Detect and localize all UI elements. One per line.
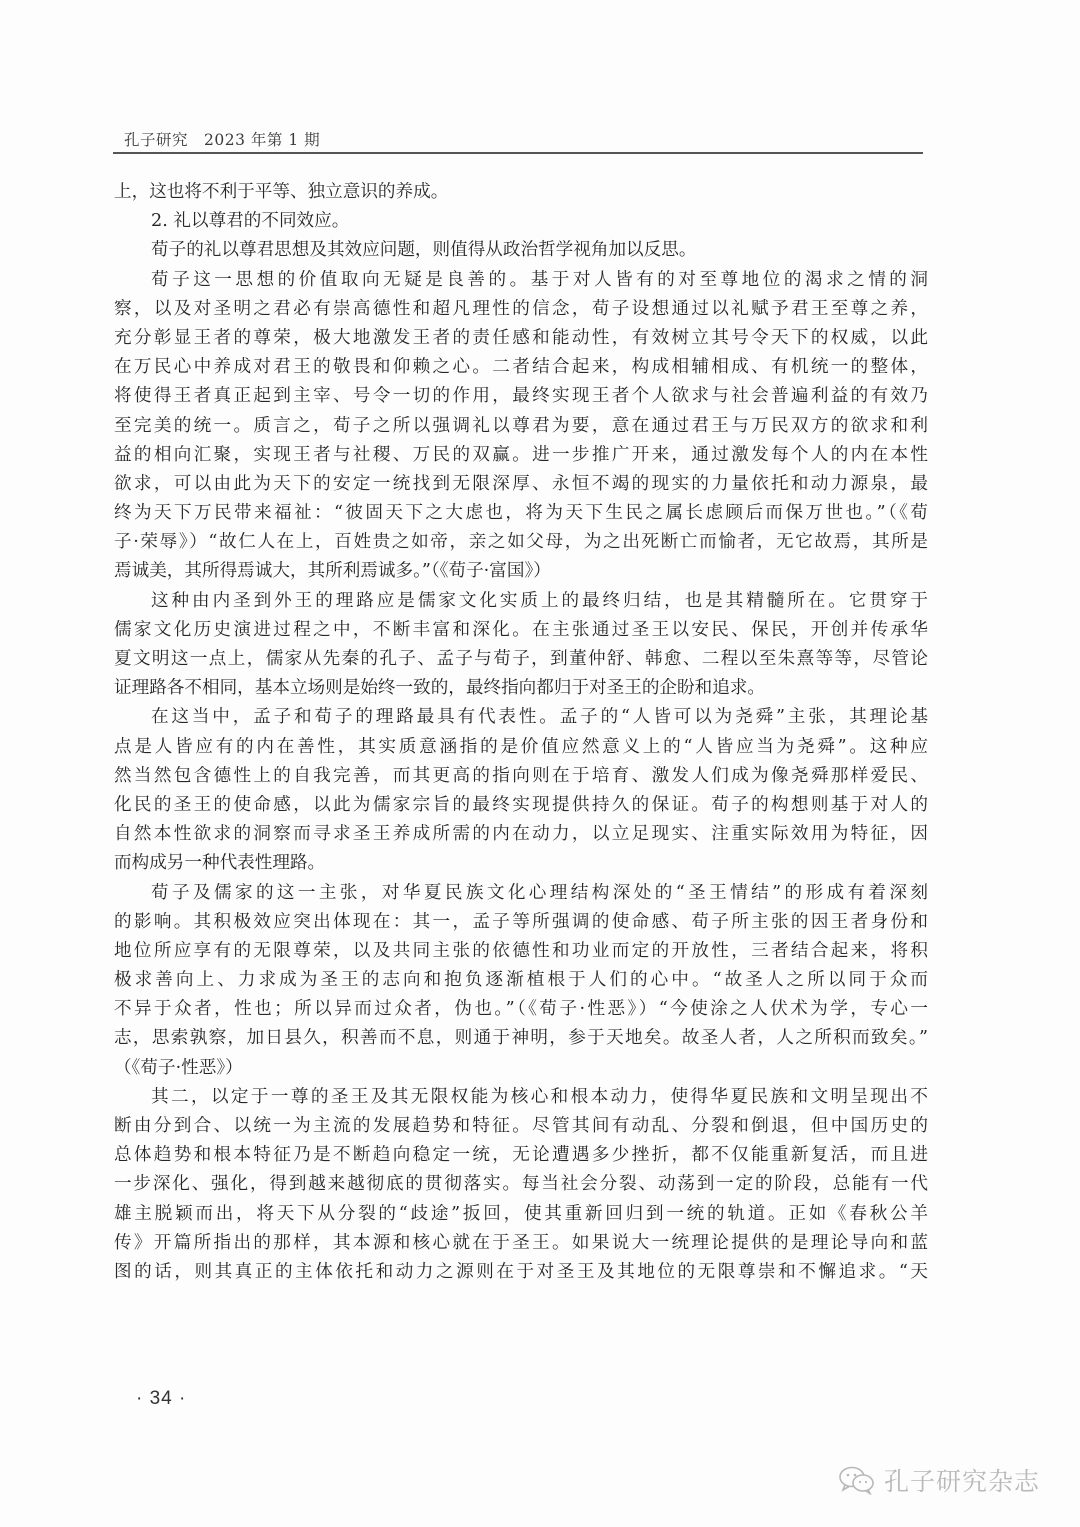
text-line: 儒家文化历史演进过程之中，不断丰富和深化。在主张通过圣王以安民、保民，开创并传承… (114, 616, 928, 645)
running-head: 孔子研究2023 年第 1 期 (124, 128, 320, 150)
text-line: 至完美的统一。质言之，荀子之所以强调礼以尊君为要，意在通过君王与万民双方的欲求和… (114, 412, 928, 441)
text-line: 夏文明这一点上，儒家从先秦的孔子、孟子与荀子，到董仲舒、韩愈、二程以至朱熹等等，… (114, 645, 928, 674)
text-line: 自然本性欲求的洞察而寻求圣王养成所需的内在动力，以立足现实、注重实际效用为特征，… (114, 820, 928, 849)
text-line: （《荀子·性恶》） (114, 1054, 928, 1083)
text-line: 益的相向汇聚，实现王者与社稷、万民的双赢。进一步推广开来，通过激发每个人的内在本… (114, 441, 928, 470)
text-line: 点是人皆应有的内在善性，其实质意涵指的是价值应然意义上的“人皆应当为尧舜”。这种… (114, 733, 928, 762)
text-line: 极求善向上、力求成为圣王的志向和抱负逐渐植根于人们的心中。“故圣人之所以同于众而 (114, 966, 928, 995)
text-line: 荀子及儒家的这一主张，对华夏民族文化心理结构深处的“圣王情结”的形成有着深刻 (114, 879, 928, 908)
text-line: 察，以及对圣明之君必有崇高德性和超凡理性的信念，荀子设想通过以礼赋予君王至尊之养… (114, 295, 928, 324)
header-rule (113, 152, 923, 154)
text-line: 志，思索孰察，加日县久，积善而不息，则通于神明，参于天地矣。故圣人者，人之所积而… (114, 1024, 928, 1053)
text-line: 地位所应享有的无限尊荣，以及共同主张的依德性和功业而定的开放性，三者结合起来，将… (114, 937, 928, 966)
issue-label: 2023 年第 1 期 (204, 131, 320, 149)
watermark-text: 孔子研究杂志 (884, 1462, 1040, 1498)
text-line: 总体趋势和根本特征乃是不断趋向稳定一统，无论遭遇多少挫折，都不仅能重新复活，而且… (114, 1141, 928, 1170)
text-line: 不异于众者，性也；所以异而过众者，伪也。”（《荀子·性恶》）“今使涂之人伏术为学… (114, 995, 928, 1024)
text-line: 终为天下万民带来福祉：“彼固天下之大虑也，将为天下生民之属长虑顾后而保万世也。”… (114, 499, 928, 528)
text-line: 充分彰显王者的尊荣，极大地激发王者的责任感和能动性，有效树立其号令天下的权威，以… (114, 324, 928, 353)
text-line: 荀子的礼以尊君思想及其效应问题，则值得从政治哲学视角加以反思。 (114, 236, 928, 265)
text-line: 图的话，则其真正的主体依托和动力之源则在于对圣王及其地位的无限尊崇和不懈追求。“… (114, 1258, 928, 1287)
text-line: 一步深化、强化，得到越来越彻底的贯彻落实。每当社会分裂、动荡到一定的阶段，总能有… (114, 1170, 928, 1199)
text-line: 荀子这一思想的价值取向无疑是良善的。基于对人皆有的对至尊地位的渴求之情的洞 (114, 266, 928, 295)
text-line: 焉诚美，其所得焉诚大，其所利焉诚多。”（《荀子·富国》） (114, 557, 928, 586)
text-line: 在这当中，孟子和荀子的理路最具有代表性。孟子的“人皆可以为尧舜”主张，其理论基 (114, 703, 928, 732)
text-line: 传》开篇所指出的那样，其本源和核心就在于圣王。如果说大一统理论提供的是理论导向和… (114, 1229, 928, 1258)
text-line: 化民的圣王的使命感，以此为儒家宗旨的最终实现提供持久的保证。荀子的构想则基于对人… (114, 791, 928, 820)
wechat-icon (838, 1465, 876, 1495)
text-line: 子·荣辱》）“故仁人在上，百姓贵之如帝，亲之如父母，为之出死断亡而愉者，无它故焉… (114, 528, 928, 557)
page-number: · 34 · (136, 1388, 186, 1410)
text-line: 2. 礼以尊君的不同效应。 (114, 207, 928, 236)
text-line: 在万民心中养成对君王的敬畏和仰赖之心。二者结合起来，构成相辅相成、有机统一的整体… (114, 353, 928, 382)
text-line: 断由分到合、以统一为主流的发展趋势和特征。尽管其间有动乱、分裂和倒退，但中国历史… (114, 1112, 928, 1141)
text-line: 其二，以定于一尊的圣王及其无限权能为核心和根本动力，使得华夏民族和文明呈现出不 (114, 1083, 928, 1112)
text-line: 而构成另一种代表性理路。 (114, 849, 928, 878)
text-line: 的影响。其积极效应突出体现在：其一，孟子等所强调的使命感、荀子所主张的因王者身份… (114, 908, 928, 937)
document-page: 孔子研究2023 年第 1 期 上，这也将不利于平等、独立意识的养成。2. 礼以… (0, 0, 1080, 1527)
journal-title: 孔子研究 (124, 131, 188, 149)
text-line: 证理路各不相同，基本立场则是始终一致的，最终指向都归于对圣王的企盼和追求。 (114, 674, 928, 703)
text-line: 上，这也将不利于平等、独立意识的养成。 (114, 178, 928, 207)
text-line: 将使得王者真正起到主宰、号令一切的作用，最终实现王者个人欲求与社会普遍利益的有效… (114, 382, 928, 411)
article-body: 上，这也将不利于平等、独立意识的养成。2. 礼以尊君的不同效应。荀子的礼以尊君思… (114, 178, 928, 1287)
text-line: 然当然包含德性上的自我完善，而其更高的指向则在于培育、激发人们成为像尧舜那样爱民… (114, 762, 928, 791)
text-line: 欲求，可以由此为天下的安定一统找到无限深厚、永恒不竭的现实的力量依托和动力源泉，… (114, 470, 928, 499)
text-line: 雄主脱颖而出，将天下从分裂的“歧途”扳回，使其重新回归到一统的轨道。正如《春秋公… (114, 1200, 928, 1229)
text-line: 这种由内圣到外王的理路应是儒家文化实质上的最终归结，也是其精髓所在。它贯穿于 (114, 587, 928, 616)
watermark: 孔子研究杂志 (838, 1462, 1040, 1498)
